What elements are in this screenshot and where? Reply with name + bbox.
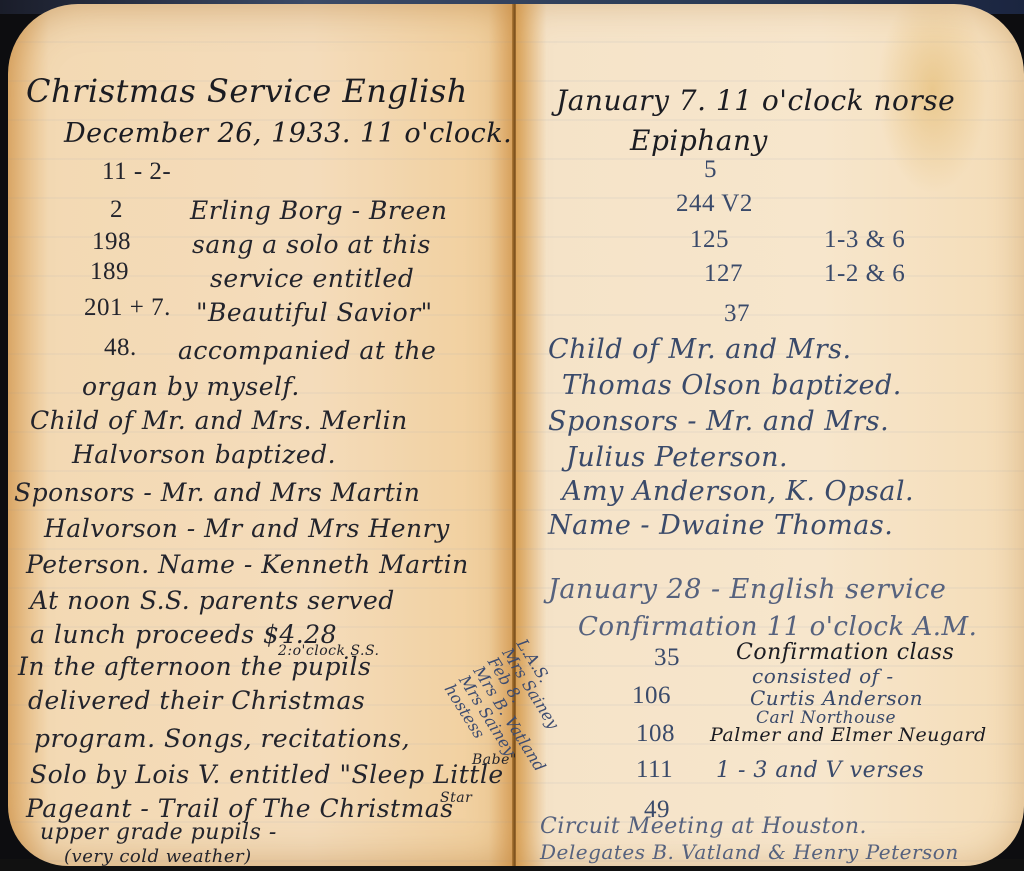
sponsors-entry: Julius Peterson.: [566, 442, 788, 473]
weather-note: (very cold weather): [64, 846, 252, 867]
hymn-number: 125: [690, 226, 729, 254]
name-entry: Peterson. Name - Kenneth Martin: [26, 550, 469, 579]
baptism-entry: Child of Mr. and Mrs. Merlin: [30, 406, 408, 435]
hymn-verses: 1-2 & 6: [824, 260, 905, 288]
hymn-number: 2: [110, 196, 123, 224]
annotation-star: Star: [440, 790, 472, 806]
heading-christmas-service: Christmas Service English: [26, 72, 468, 110]
program-entry: In the afternoon the pupils: [18, 652, 371, 681]
hymn-number: 198: [92, 228, 131, 256]
hymn-number: 35: [654, 644, 680, 672]
program-entry: upper grade pupils -: [40, 820, 277, 845]
program-entry: delivered their Christmas: [28, 686, 365, 715]
confirmand-name: Palmer and Elmer Neugard: [710, 724, 987, 746]
hymn-verses: 1 - 3 and V verses: [716, 758, 924, 783]
hymn-number: 127: [704, 260, 743, 288]
heading-january-28: January 28 - English service: [548, 574, 946, 605]
heading-confirmation: Confirmation 11 o'clock A.M.: [578, 612, 977, 642]
baptism-entry: Thomas Olson baptized.: [562, 370, 902, 401]
circuit-meeting-entry: Circuit Meeting at Houston.: [540, 814, 867, 839]
hymn-number: 48.: [104, 334, 137, 362]
hymn-number: 108: [636, 720, 675, 748]
sponsors-entry: Halvorson - Mr and Mrs Henry: [44, 514, 450, 543]
note-line: Erling Borg - Breen: [190, 196, 447, 225]
sponsors-entry: Sponsors - Mr. and Mrs Martin: [14, 478, 420, 507]
delegates-entry: Delegates B. Vatland & Henry Peterson: [540, 840, 959, 864]
note-line: accompanied at the: [178, 336, 436, 365]
hymn-number: 5: [704, 156, 717, 184]
hymn-number: 111: [636, 756, 673, 784]
confirmation-class: Confirmation class: [736, 640, 954, 665]
lunch-entry: At noon S.S. parents served: [30, 586, 395, 615]
program-entry: program. Songs, recitations,: [34, 724, 410, 753]
hymn-number: 106: [632, 682, 671, 710]
note-line: "Beautiful Savior": [196, 298, 433, 327]
program-entry: Pageant - Trail of The Christmas: [26, 794, 454, 823]
baptism-entry: Child of Mr. and Mrs.: [548, 334, 852, 365]
heading-january-7: January 7. 11 o'clock norse: [556, 84, 955, 117]
baptism-entry: Halvorson baptized.: [72, 440, 336, 469]
confirmation-class: consisted of -: [752, 664, 894, 688]
hymn-number: 244 V2: [676, 190, 753, 218]
hymn-number: 201 + 7.: [84, 294, 171, 322]
sponsors-entry: Amy Anderson, K. Opsal.: [562, 476, 914, 507]
confirmand-name: Curtis Anderson: [750, 686, 923, 710]
hymn-verses: 1-3 & 6: [824, 226, 905, 254]
heading-epiphany: Epiphany: [630, 124, 768, 157]
sponsors-entry: Sponsors - Mr. and Mrs.: [548, 406, 889, 437]
hymn-number: 37: [724, 300, 750, 328]
note-line: service entitled: [210, 264, 414, 293]
name-entry: Name - Dwaine Thomas.: [548, 510, 893, 541]
program-entry: Solo by Lois V. entitled "Sleep Little: [30, 760, 504, 789]
heading-date: December 26, 1933. 11 o'clock.: [64, 118, 512, 149]
hymn-number: 189: [90, 258, 129, 286]
note-line: organ by myself.: [82, 372, 300, 401]
hymn-list-header: 11 - 2-: [102, 158, 171, 186]
note-line: sang a solo at this: [192, 230, 431, 259]
